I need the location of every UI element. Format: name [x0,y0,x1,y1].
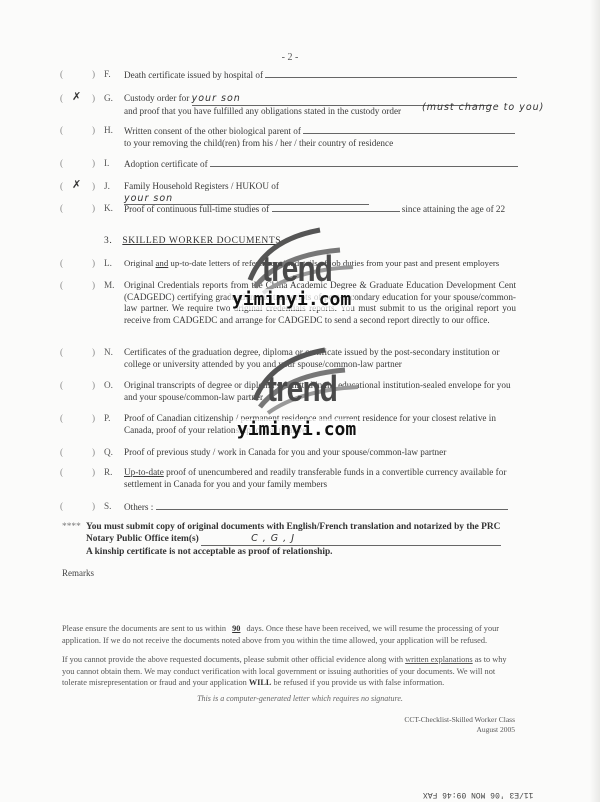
page-number: - 2 - [0,52,580,63]
section-heading: 3.SKILLED WORKER DOCUMENTS [104,236,281,246]
remarks-label: Remarks [62,568,94,578]
document-page: - 2 - () F. Death certificate issued by … [0,0,600,802]
deadline-days: 90 [228,624,244,633]
handwritten-annotation: (must change to you) [422,102,544,114]
computer-generated-note: This is a computer-generated letter whic… [0,694,600,703]
form-footer: CCT-Checklist-Skilled Worker Class Augus… [404,715,515,734]
x-mark-icon: ✗ [72,179,81,191]
deadline-paragraph: Please ensure the documents are sent to … [62,623,517,646]
fax-stamp: 11/E3 '06 MON 09:46 FAX [423,790,533,799]
x-mark-icon: ✗ [72,91,81,103]
scan-edge-shadow [590,0,600,802]
explanation-paragraph: If you cannot provide the above requeste… [62,654,517,689]
handwritten-items: C , G , J [201,533,501,546]
